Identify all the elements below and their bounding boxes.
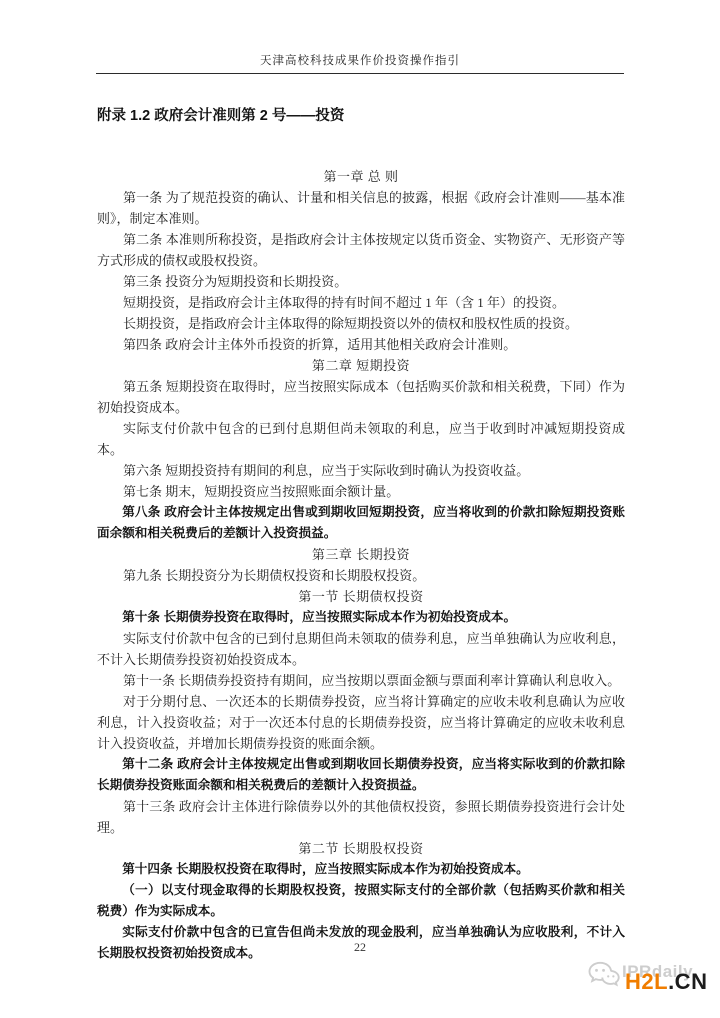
paragraph: 第三条 投资分为短期投资和长期投资。 [97,271,625,292]
paragraph: 第十条 长期债券投资在取得时，应当按照实际成本作为初始投资成本。 [97,607,625,628]
paragraph: 第十二条 政府会计主体按规定出售或到期收回长期债券投资，应当将实际收到的价款扣除… [97,754,625,796]
paragraph: 第五条 短期投资在取得时，应当按照实际成本（包括购买价款和相关税费，下同）作为初… [97,376,625,418]
paragraph: 实际支付价款中包含的已到付息期但尚未领取的债券利息，应当单独确认为应收利息，不计… [97,628,625,670]
paragraph: 第七条 期末，短期投资应当按照账面余额计量。 [97,481,625,502]
document-page: 天津高校科技成果作价投资操作指引 附录 1.2 政府会计准则第 2 号——投资 … [0,0,720,1018]
watermark-brand-main: H2L [625,969,668,994]
page-number: 22 [0,940,720,955]
paragraph: （一）以支付现金取得的长期股权投资，按照实际支付的全部价款（包括购买价款和相关税… [97,880,625,922]
paragraph: 短期投资，是指政府会计主体取得的持有时间不超过 1 年（含 1 年）的投资。 [97,292,625,313]
paragraph: 第六条 短期投资持有期间的利息，应当于实际收到时确认为投资收益。 [97,460,625,481]
chapter-heading: 第二章 短期投资 [97,355,625,376]
watermark-brand: H2L.CN [625,969,707,995]
watermark-brand-suffix: .CN [668,969,707,994]
paragraph: 第二条 本准则所称投资，是指政府会计主体按规定以货币资金、实物资产、无形资产等方… [97,229,625,271]
section-heading: 第二节 长期股权投资 [97,838,625,859]
header-rule [96,73,624,74]
chapter-heading: 第三章 长期投资 [97,544,625,565]
wechat-icon [588,960,620,990]
paragraph: 第十一条 长期债券投资持有期间，应当按期以票面金额与票面利率计算确认利息收入。 [97,670,625,691]
paragraph: 长期投资，是指政府会计主体取得的除短期投资以外的债权和股权性质的投资。 [97,313,625,334]
paragraph: 第四条 政府会计主体外币投资的折算，适用其他相关政府会计准则。 [97,334,625,355]
paragraph: 第八条 政府会计主体按规定出售或到期收回短期投资，应当将收到的价款扣除短期投资账… [97,502,625,544]
section-heading: 第一节 长期债权投资 [97,586,625,607]
running-header: 天津高校科技成果作价投资操作指引 [0,0,720,68]
paragraph: 第一条 为了规范投资的确认、计量和相关信息的披露，根据《政府会计准则——基本准则… [97,187,625,229]
document-body: 第一章 总 则第一条 为了规范投资的确认、计量和相关信息的披露，根据《政府会计准… [97,166,625,964]
paragraph: 第十四条 长期股权投资在取得时，应当按照实际成本作为初始投资成本。 [97,859,625,880]
paragraph: 第十三条 政府会计主体进行除债券以外的其他债权投资，参照长期债券投资进行会计处理… [97,796,625,838]
watermark: IPRdaily H2L.CN [588,957,718,1003]
paragraph: 实际支付价款中包含的已到付息期但尚未领取的利息，应当于收到时冲减短期投资成本。 [97,418,625,460]
document-title: 附录 1.2 政府会计准则第 2 号——投资 [97,104,720,125]
paragraph: 第九条 长期投资分为长期债权投资和长期股权投资。 [97,565,625,586]
chapter-heading: 第一章 总 则 [97,166,625,187]
paragraph: 对于分期付息、一次还本的长期债券投资，应当将计算确定的应收未收利息确认为应收利息… [97,691,625,754]
